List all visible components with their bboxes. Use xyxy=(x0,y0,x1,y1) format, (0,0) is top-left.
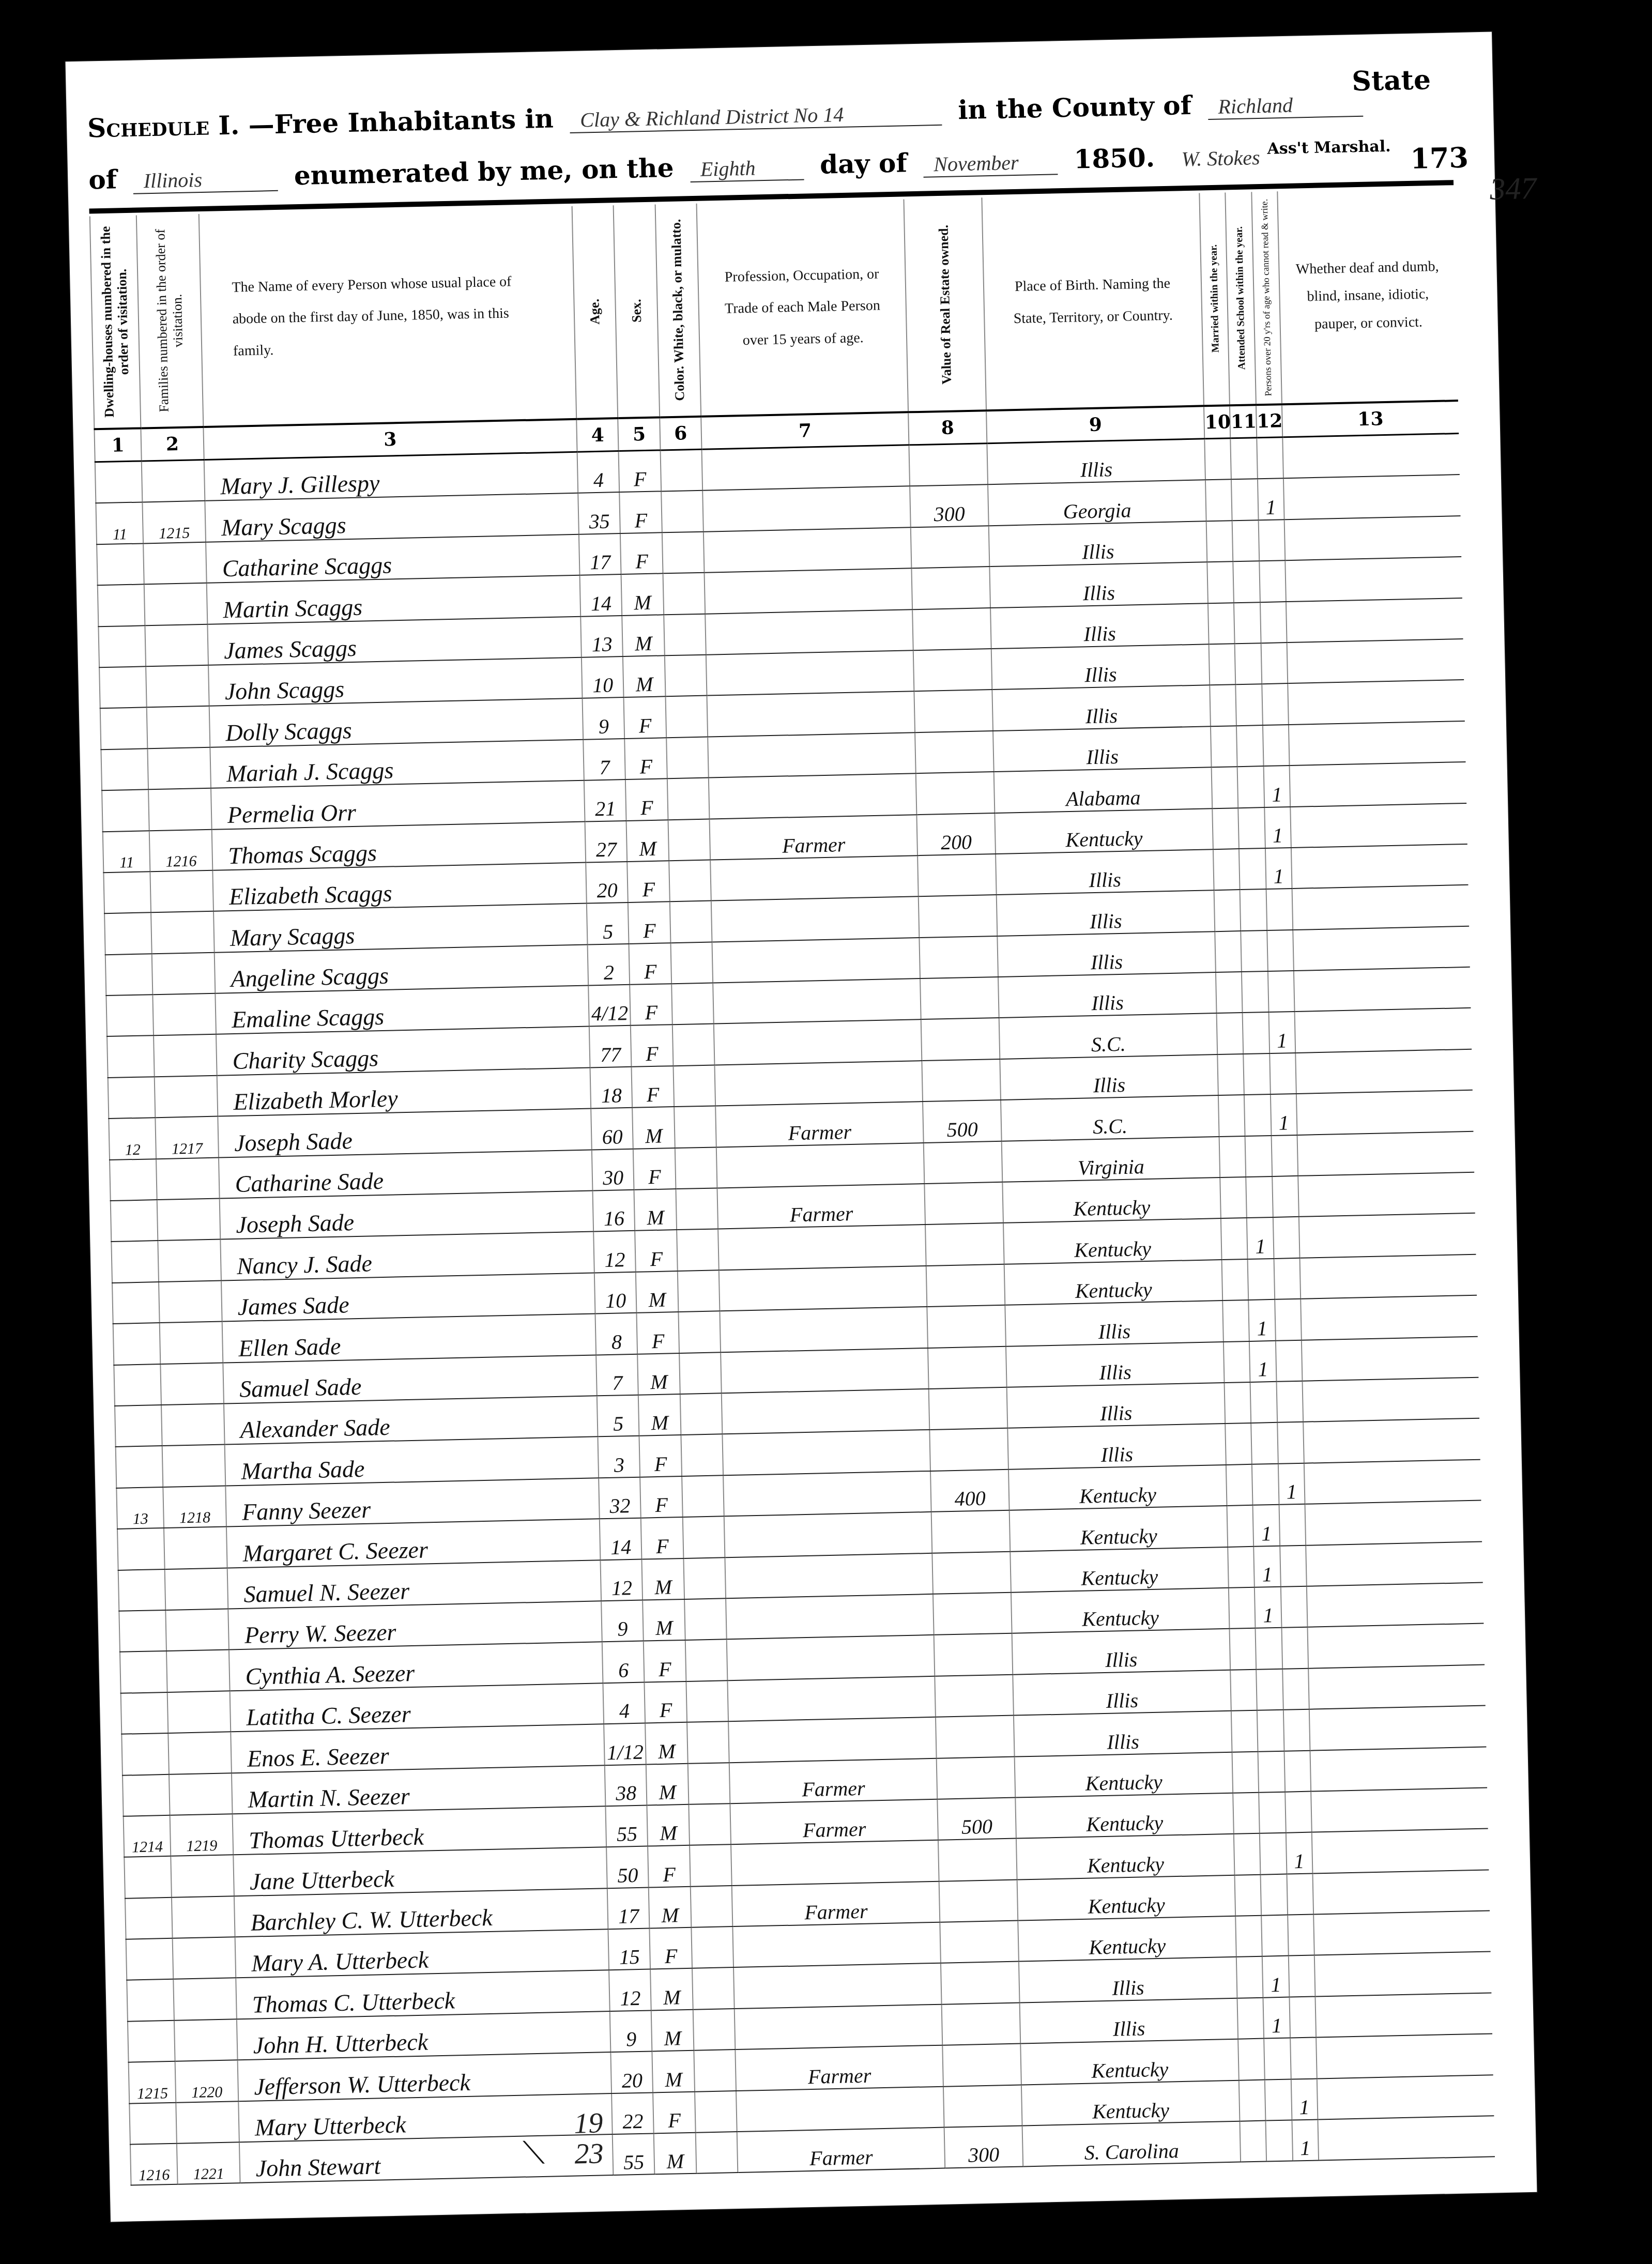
birthplace: Kentucky xyxy=(1020,2039,1239,2085)
dwelling-number xyxy=(110,1159,157,1201)
infirmity xyxy=(1312,1829,1489,1874)
occupation: Farmer xyxy=(730,1799,938,1845)
sex: M xyxy=(654,2133,696,2175)
birthplace: Alabama xyxy=(994,767,1213,813)
color xyxy=(689,1803,731,1845)
married-within-year xyxy=(1220,1177,1247,1218)
family-number xyxy=(153,993,216,1036)
sex: M xyxy=(638,1353,680,1395)
birthplace: Illis xyxy=(993,726,1212,772)
real-estate-value: 500 xyxy=(923,1100,1001,1143)
birthplace: Kentucky xyxy=(1002,1177,1221,1223)
real-estate-value xyxy=(943,2044,1021,2087)
attended-school xyxy=(1239,848,1266,890)
real-estate-value xyxy=(941,1962,1019,2005)
cannot-read-write: 1 xyxy=(1270,1094,1297,1135)
cannot-read-write: 1 xyxy=(1257,479,1284,520)
dwelling-number xyxy=(111,1241,159,1283)
family-number xyxy=(158,1240,221,1282)
dwelling-number: 13 xyxy=(116,1487,164,1529)
color xyxy=(695,2091,737,2133)
age: 9 xyxy=(601,1600,644,1642)
family-number xyxy=(174,1978,237,2021)
state-field: Illinois xyxy=(133,166,278,194)
birthplace: Illis xyxy=(1013,1670,1231,1716)
family-number xyxy=(161,1363,224,1405)
real-estate-value xyxy=(928,1346,1006,1389)
color xyxy=(683,1557,726,1599)
cannot-read-write: 1 xyxy=(1291,2078,1318,2120)
color xyxy=(670,942,713,984)
person-name: Enos E. Seezer xyxy=(231,1724,605,1773)
col-name-header: The Name of every Person whose usual pla… xyxy=(198,206,576,427)
sex: F xyxy=(625,778,668,820)
attended-school xyxy=(1242,971,1268,1013)
schedule-label: Schedule I. xyxy=(87,110,240,143)
person-name: Margaret C. Seezer xyxy=(226,1519,601,1568)
dwelling-number xyxy=(104,913,152,955)
cannot-read-write xyxy=(1259,560,1286,602)
person-name: Nancy J. Sade xyxy=(220,1232,594,1281)
person-name: James Scaggs xyxy=(207,616,582,665)
dwelling-number xyxy=(99,666,147,708)
sex: M xyxy=(633,1107,675,1149)
color xyxy=(686,1680,728,1722)
married-within-year xyxy=(1232,1751,1259,1793)
person-name: Martin Scaggs xyxy=(206,575,580,624)
family-number: 1220 xyxy=(175,2060,238,2102)
occupation: Farmer xyxy=(717,1184,925,1229)
occupation xyxy=(709,773,917,819)
sex: M xyxy=(622,615,665,656)
sex: F xyxy=(628,861,670,902)
sex: F xyxy=(630,984,672,1026)
real-estate-value xyxy=(933,1593,1012,1635)
age: 77 xyxy=(589,1026,632,1067)
age: 12 xyxy=(609,1969,651,2011)
infirmity xyxy=(1283,475,1461,519)
sex: F xyxy=(641,1517,683,1559)
col-cannot-read-header: Persons over 20 y'rs of age who cannot r… xyxy=(1251,191,1282,405)
column-header-row: Dwelling-houses numbered in the order of… xyxy=(90,188,1458,429)
sex: M xyxy=(623,655,665,697)
married-within-year xyxy=(1230,1670,1257,1711)
col-occupation-header: Profession, Occupation, or Trade of each… xyxy=(697,199,909,416)
real-estate-value xyxy=(938,1839,1017,1881)
color xyxy=(664,614,706,655)
attended-school xyxy=(1259,1792,1286,1833)
attended-school xyxy=(1243,1012,1269,1053)
family-number xyxy=(142,460,205,502)
infirmity xyxy=(1288,680,1465,725)
family-number xyxy=(162,1445,225,1487)
color xyxy=(661,491,703,532)
family-number xyxy=(169,1732,232,1774)
color xyxy=(672,1024,714,1066)
cannot-read-write xyxy=(1269,1053,1296,1094)
birthplace: Kentucky xyxy=(1015,1793,1234,1839)
day-field: Eighth xyxy=(690,155,804,182)
sex: F xyxy=(635,1230,678,1272)
person-name: Alexander Sade xyxy=(224,1396,598,1445)
real-estate-value xyxy=(927,1305,1006,1348)
cannot-read-write xyxy=(1262,725,1289,766)
infirmity xyxy=(1310,1747,1487,1792)
tally-bottom: 23 xyxy=(574,2138,604,2169)
family-number: 1216 xyxy=(149,829,212,871)
real-estate-value xyxy=(912,567,990,609)
sex: F xyxy=(625,738,667,779)
cannot-read-write xyxy=(1290,2038,1317,2079)
sex: M xyxy=(642,1558,684,1600)
infirmity xyxy=(1299,1255,1477,1299)
family-number xyxy=(147,706,210,748)
sex: M xyxy=(652,2051,695,2092)
age: 5 xyxy=(587,902,629,944)
person-name: Mary A. Utterbeck xyxy=(235,1929,609,1978)
dwelling-number xyxy=(123,1774,170,1816)
person-name: Ellen Sade xyxy=(222,1314,596,1363)
real-estate-value xyxy=(916,772,995,815)
age: 5 xyxy=(597,1395,639,1437)
infirmity xyxy=(1289,721,1466,766)
family-number xyxy=(173,1937,236,1979)
occupation xyxy=(735,2005,943,2050)
married-within-year xyxy=(1207,561,1234,603)
married-within-year xyxy=(1230,1628,1257,1670)
occupation xyxy=(720,1307,928,1352)
attended-school: 1 xyxy=(1262,1956,1289,1997)
col-school-header: Attended School within the year. xyxy=(1226,192,1256,405)
age: 9 xyxy=(610,2010,652,2052)
family-number: 1219 xyxy=(170,1814,233,1856)
sex: F xyxy=(644,1640,686,1682)
family-number xyxy=(176,2101,239,2144)
real-estate-value xyxy=(942,2002,1020,2045)
married-within-year xyxy=(1225,1382,1251,1424)
cannot-read-write xyxy=(1273,1217,1299,1258)
color xyxy=(682,1516,725,1558)
infirmity xyxy=(1307,1583,1484,1628)
married-within-year xyxy=(1237,1997,1264,2039)
county-label: in the County of xyxy=(958,90,1192,125)
dwelling-number: 1214 xyxy=(124,1815,171,1857)
cannot-read-write xyxy=(1267,930,1294,971)
sex: F xyxy=(637,1312,679,1354)
married-within-year xyxy=(1214,890,1241,931)
of-label: of xyxy=(88,164,117,195)
color xyxy=(662,531,705,573)
age: 14 xyxy=(580,574,622,616)
cannot-read-write: 1 xyxy=(1263,766,1290,807)
color xyxy=(671,983,714,1025)
color xyxy=(675,1147,717,1189)
attended-school xyxy=(1257,1669,1283,1710)
sex: M xyxy=(621,574,664,616)
birthplace: S.C. xyxy=(999,1014,1217,1059)
color xyxy=(677,1270,720,1312)
infirmity xyxy=(1302,1336,1479,1381)
cannot-read-write xyxy=(1288,1915,1314,1956)
attended-school xyxy=(1266,2120,1293,2162)
family-number xyxy=(154,1034,217,1077)
infirmity xyxy=(1294,1008,1472,1053)
infirmity xyxy=(1287,639,1464,684)
attended-school xyxy=(1260,1833,1287,1874)
color xyxy=(666,737,709,778)
dwelling-number xyxy=(111,1200,158,1242)
married-within-year xyxy=(1238,2039,1265,2080)
occupation xyxy=(718,1225,926,1270)
person-name: Perry W. Seezer xyxy=(228,1601,602,1650)
real-estate-value xyxy=(936,1716,1014,1758)
col-color-header: Color. White, black, or mulatto. xyxy=(655,204,701,418)
married-within-year xyxy=(1226,1464,1253,1506)
attended-school: 1 xyxy=(1254,1546,1281,1587)
dwelling-number xyxy=(98,585,145,626)
family-number xyxy=(148,788,211,831)
attended-school: 1 xyxy=(1247,1217,1274,1259)
cannot-read-write xyxy=(1280,1545,1307,1586)
family-number xyxy=(152,952,215,995)
family-number xyxy=(172,1896,235,1938)
occupation xyxy=(705,609,913,655)
family-number xyxy=(161,1404,224,1446)
dwelling-number: 1215 xyxy=(129,2061,176,2103)
attended-school xyxy=(1233,561,1260,602)
real-estate-value xyxy=(943,2085,1022,2128)
birthplace: S. Carolina xyxy=(1022,2121,1241,2167)
cannot-read-write xyxy=(1287,1873,1313,1915)
dwelling-number: 12 xyxy=(109,1118,156,1159)
infirmity xyxy=(1286,598,1463,643)
sex: F xyxy=(653,2091,695,2133)
real-estate-value xyxy=(931,1510,1010,1553)
day-of-label: day of xyxy=(820,147,908,180)
married-within-year xyxy=(1239,2079,1266,2121)
real-estate-value xyxy=(924,1141,1002,1184)
married-within-year xyxy=(1212,767,1238,808)
occupation xyxy=(719,1266,927,1311)
occupation xyxy=(704,568,912,614)
color xyxy=(690,1844,732,1886)
person-name: John Stewart xyxy=(239,2134,614,2183)
dwelling-number xyxy=(98,625,146,667)
sex: F xyxy=(624,697,666,739)
person-name: Mary Scaggs xyxy=(213,904,588,953)
birthplace: Kentucky xyxy=(1018,1916,1236,1962)
age: 35 xyxy=(578,492,620,534)
occupation: Farmer xyxy=(715,1102,924,1147)
birthplace: Illis xyxy=(1006,1342,1225,1387)
married-within-year xyxy=(1217,1013,1244,1054)
infirmity xyxy=(1304,1459,1481,1504)
dwelling-number xyxy=(97,543,144,585)
family-number: 1217 xyxy=(156,1116,219,1159)
cannot-read-write xyxy=(1280,1586,1307,1628)
person-name: Jefferson W. Utterbeck xyxy=(237,2052,611,2101)
color xyxy=(674,1106,716,1148)
infirmity xyxy=(1315,1993,1492,2038)
married-within-year xyxy=(1229,1587,1256,1629)
sex: M xyxy=(646,1763,689,1805)
person-name: Fanny Seezer xyxy=(225,1478,600,1527)
birthplace: Illis xyxy=(1006,1383,1225,1428)
person-name: Elizabeth Scaggs xyxy=(212,863,587,912)
color xyxy=(687,1763,730,1804)
dwelling-number xyxy=(116,1446,163,1488)
dwelling-number xyxy=(95,461,143,503)
cannot-read-write xyxy=(1275,1299,1302,1340)
attended-school xyxy=(1236,684,1263,726)
married-within-year xyxy=(1231,1710,1258,1752)
married-within-year xyxy=(1227,1505,1254,1547)
sex: M xyxy=(626,820,669,862)
attended-school xyxy=(1238,807,1265,849)
person-name: James Sade xyxy=(221,1273,595,1322)
real-estate-value xyxy=(912,608,991,651)
occupation xyxy=(706,650,914,696)
dwelling-number xyxy=(103,871,151,913)
sex: M xyxy=(638,1394,681,1436)
sex: M xyxy=(650,1968,693,2010)
person-name: Catharine Sade xyxy=(219,1150,593,1199)
birthplace: Illis xyxy=(989,562,1208,607)
year-label: 1850. xyxy=(1074,142,1155,174)
real-estate-value: 200 xyxy=(917,813,996,856)
person-name: Martha Sade xyxy=(224,1437,599,1486)
family-number xyxy=(145,624,208,666)
occupation xyxy=(701,445,910,491)
age: 20 xyxy=(586,862,628,904)
dwelling-number xyxy=(115,1405,162,1447)
occupation: Farmer xyxy=(737,2128,945,2173)
occupation: Farmer xyxy=(729,1758,938,1803)
person-name: Mary Utterbeck xyxy=(238,2093,613,2143)
infirmity xyxy=(1291,844,1469,889)
real-estate-value xyxy=(914,690,993,732)
infirmity xyxy=(1309,1706,1487,1751)
infirmity xyxy=(1318,2116,1495,2161)
tally-top: 19 xyxy=(574,2108,603,2139)
occupation xyxy=(703,527,912,573)
married-within-year xyxy=(1235,1916,1262,1957)
cannot-read-write: 1 xyxy=(1286,1832,1312,1874)
real-estate-value xyxy=(929,1387,1007,1430)
age: 12 xyxy=(601,1559,643,1601)
dwelling-number xyxy=(112,1282,160,1324)
color xyxy=(668,819,710,861)
birthplace: Kentucky xyxy=(1014,1752,1233,1797)
sex: M xyxy=(636,1271,678,1313)
person-name: Permelia Orr xyxy=(211,781,585,830)
age: 2 xyxy=(588,944,630,986)
attended-school xyxy=(1241,930,1268,972)
occupation xyxy=(711,896,920,942)
attended-school: 1 xyxy=(1263,1997,1290,2038)
age: 17 xyxy=(579,533,621,575)
sex: F xyxy=(633,1148,676,1190)
attended-school xyxy=(1237,766,1264,807)
sex: F xyxy=(628,902,670,944)
person-name: John H. Utterbeck xyxy=(237,2011,611,2060)
person-name: Mary Scaggs xyxy=(205,493,579,542)
infirmity xyxy=(1296,1090,1474,1135)
attended-school xyxy=(1265,2079,1292,2120)
birthplace: Illis xyxy=(1007,1424,1226,1469)
attended-school xyxy=(1262,1915,1289,1956)
married-within-year xyxy=(1234,1833,1261,1875)
color xyxy=(692,1968,735,2010)
cannot-read-write: 1 xyxy=(1264,807,1291,848)
color xyxy=(681,1434,723,1476)
dwelling-number xyxy=(100,708,148,749)
married-within-year xyxy=(1217,1054,1244,1095)
married-within-year xyxy=(1206,521,1233,562)
infirmity xyxy=(1293,926,1470,971)
age: 50 xyxy=(606,1846,649,1888)
married-within-year xyxy=(1221,1218,1248,1259)
infirmity xyxy=(1295,1049,1473,1094)
married-within-year xyxy=(1228,1546,1255,1587)
person-name: Thomas C. Utterbeck xyxy=(236,1970,610,2020)
real-estate-value xyxy=(940,1921,1019,1964)
family-number xyxy=(148,747,211,790)
occupation xyxy=(714,1020,922,1065)
infirmity xyxy=(1313,1910,1491,1955)
occupation xyxy=(727,1676,936,1722)
sex: F xyxy=(629,943,671,985)
dwelling-number: 11 xyxy=(96,502,143,544)
real-estate-value: 300 xyxy=(944,2125,1023,2168)
real-estate-value xyxy=(920,936,998,979)
infirmity xyxy=(1301,1295,1478,1340)
census-sheet: Schedule I. —Free Inhabitants in Clay & … xyxy=(66,32,1537,2222)
occupation: Farmer xyxy=(735,2045,943,2091)
birthplace: Illis xyxy=(1014,1711,1232,1756)
person-name: Samuel Sade xyxy=(223,1355,597,1404)
real-estate-value xyxy=(920,977,999,1020)
family-number xyxy=(174,2019,237,2061)
age: 15 xyxy=(608,1929,651,1970)
cannot-read-write xyxy=(1274,1258,1301,1299)
family-number xyxy=(165,1568,228,1610)
married-within-year xyxy=(1240,2121,1267,2162)
color xyxy=(682,1475,724,1517)
attended-school xyxy=(1261,1874,1288,1915)
attended-school xyxy=(1235,643,1262,684)
color xyxy=(694,2049,736,2091)
cannot-read-write xyxy=(1288,1955,1315,1997)
real-estate-value xyxy=(925,1223,1004,1266)
birthplace: Kentucky xyxy=(1016,1834,1235,1879)
family-number xyxy=(156,1157,219,1200)
age: 3 xyxy=(598,1436,640,1478)
real-estate-value: 400 xyxy=(930,1470,1009,1512)
family-number xyxy=(164,1527,227,1569)
married-within-year xyxy=(1209,644,1236,685)
age: 55 xyxy=(613,2133,655,2175)
attended-school xyxy=(1231,479,1258,521)
infirmity xyxy=(1289,762,1466,807)
occupation xyxy=(716,1143,925,1188)
real-estate-value xyxy=(919,895,997,938)
person-name: Martin N. Seezer xyxy=(232,1765,606,1814)
dwelling-number xyxy=(120,1651,167,1693)
occupation xyxy=(723,1471,931,1517)
sex: M xyxy=(647,1804,690,1846)
infirmity xyxy=(1303,1418,1480,1463)
